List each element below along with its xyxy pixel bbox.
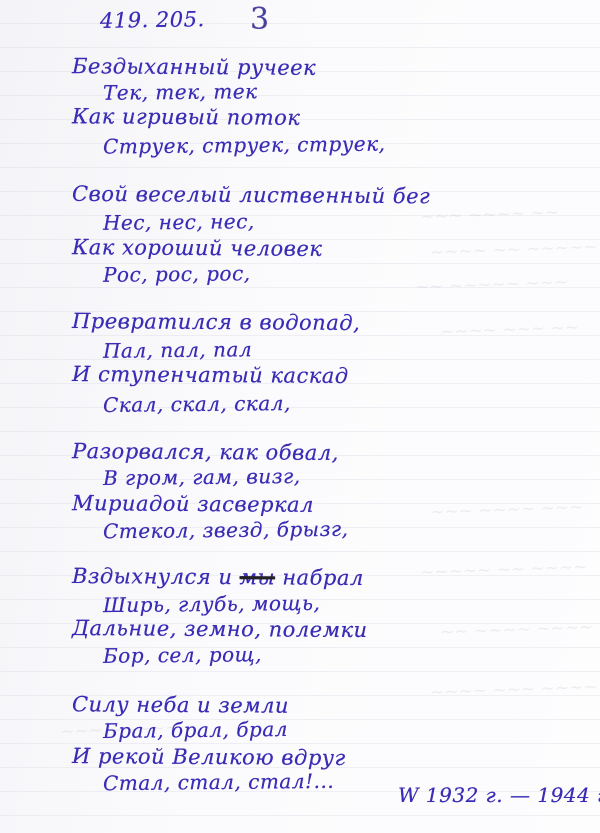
poem-line: Нес, нес, нес,: [103, 209, 255, 235]
poem-line: Рос, рос, рос,: [103, 261, 251, 287]
poem-line: И рекой Великою вдруг: [72, 744, 346, 770]
poem-line: Бездыханный ручеек: [72, 54, 316, 80]
poem-line: Стал, стал, стал!...: [103, 769, 334, 795]
reference-number: 419. 205.: [100, 7, 205, 33]
poem-line: Стекол, звезд, брызг,: [103, 517, 349, 544]
poem-line: Ширь, глубь, мощь,: [103, 591, 321, 617]
poem-line: В гром, гам, визг,: [103, 464, 301, 490]
poem-line: Превратился в водопад,: [72, 309, 360, 335]
poem-line: Как игривый поток: [72, 104, 301, 130]
poem-line: Струек, струек, струек,: [103, 132, 386, 159]
poem-line: Тек, тек, тек: [103, 79, 258, 105]
poem-line: Свой веселый лиственный бег: [72, 182, 430, 209]
poem-line: Пал, пал, пал: [103, 337, 252, 363]
poem-line: Дальние, земно, полемки: [72, 616, 368, 642]
poem-line: Скал, скал, скал,: [103, 391, 291, 417]
struck-out-word: мы: [239, 565, 275, 589]
poem-line: Как хороший человек: [72, 235, 323, 261]
line-text: набрал: [275, 565, 364, 590]
poem-line: Мириадой засверкал: [72, 491, 314, 517]
poem-line: Бор, сел, рощ,: [103, 642, 262, 668]
poem-line: Брал, брал, брал: [103, 717, 288, 743]
poem-line: Разорвался, как обвал,: [72, 439, 339, 465]
poem-line: Вздыхнулся и мы набрал: [72, 564, 364, 590]
line-text: Вздыхнулся и: [72, 564, 240, 589]
poem-line: И ступенчатый каскад: [72, 362, 349, 388]
date-signature: W 1932 г. — 1944 г.: [398, 783, 600, 807]
page-mark: 3: [250, 2, 270, 37]
poem-line: Силу неба и земли: [72, 692, 289, 718]
